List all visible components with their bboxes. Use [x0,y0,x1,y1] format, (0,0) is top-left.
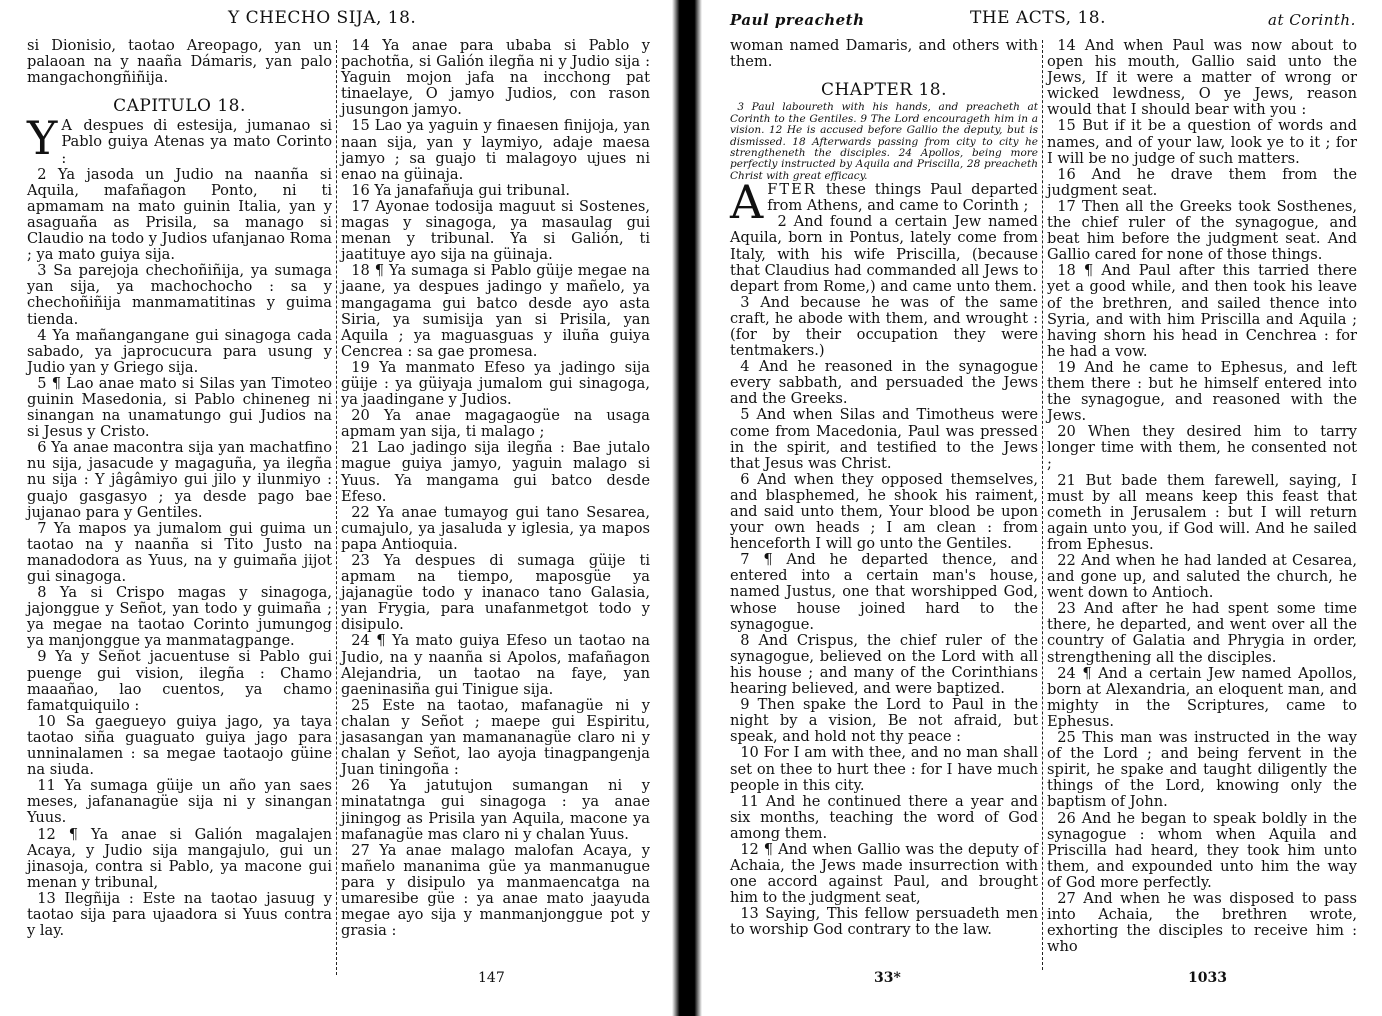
verse: 7 ¶ And he departed thence, and entered … [730,552,1038,632]
verse: 22 Ya anae tumayog gui tano Sesarea, cum… [341,505,650,553]
running-head-right: at Corinth. [1268,11,1356,29]
verse: 8 And Crispus, the chief ruler of the sy… [730,633,1038,697]
page-number: 1033 [1188,970,1227,986]
verse: 13 Saying, This fellow persuadeth men to… [730,906,1038,938]
verse: 10 Sa gaegueyo guiya jago, ya taya taota… [27,714,332,778]
verse: 3 Sa parejoja chechoñiñija, ya sumaga ya… [27,263,332,327]
verse: 3 And because he was of the same craft, … [730,295,1038,359]
column-rule [1042,40,1043,970]
verse: 13 Ilegñija : Este na taotao jasuug y ta… [27,891,332,939]
chapter-title: CHAPTER 18. [730,82,1038,98]
running-head: Y CHECHO SIJA, 18. [228,8,416,28]
verse: 12 ¶ Ya anae si Galión magalajen Acaya, … [27,827,332,891]
verse: 24 ¶ Ya mato guiya Efeso un taotao na Ju… [341,633,650,697]
verse: 26 Ya jatutujon sumangan ni y minatatnga… [341,778,650,842]
verse: 6 And when they opposed themselves, and … [730,472,1038,552]
right-page: Paul preacheth THE ACTS, 18. at Corinth.… [700,0,1382,1016]
verse: 26 And he began to speak boldly in the s… [1047,811,1357,891]
verse: 2 And found a certain Jew named Aquila, … [730,214,1038,294]
verse: 8 Ya si Crispo magas y sinagoga, jajongg… [27,585,332,649]
verse: 4 Ya mañanganganе gui sinagoga cada saba… [27,328,332,376]
verse: 6 Ya anae macontra sija yan machatfino n… [27,440,332,520]
verse: 4 And he reasoned in the synagogue every… [730,359,1038,407]
verse: 18 ¶ And Paul after this tarried there y… [1047,263,1357,360]
verse: 11 And he continued there a year and six… [730,794,1038,842]
verse: 9 Then spake the Lord to Paul in the nig… [730,697,1038,745]
running-head-center: THE ACTS, 18. [970,8,1106,28]
verse: 25 Este na taotao, mafanagüe ni y chalan… [341,698,650,778]
verse-1: YA despues di estesija, jumanao si Pablo… [27,118,332,166]
verse: 22 And when he had landed at Cesarea, an… [1047,553,1357,601]
verse: 15 Lao ya yaguin y finaesen finijoja, ya… [341,118,650,182]
verse: 17 Ayonae todosija maguut si Sostenes, m… [341,199,650,263]
verse: 27 Ya anae malago malofan Acaya, y mañel… [341,843,650,940]
verse: 17 Then all the Greeks took Sosthenes, t… [1047,199,1357,263]
verse: 16 And he drave them from the judgment s… [1047,167,1357,199]
verse: 9 Ya y Señot jacuentuse si Pablo gui pue… [27,649,332,713]
verse: 18 ¶ Ya sumaga si Pablo güije megae na j… [341,263,650,360]
signature-mark: 33* [874,970,901,986]
verse: 14 Ya anae para ubaba si Pablo y pachotñ… [341,38,650,118]
verse: 21 Lao jadingo sija ilegña : Bae jutalo … [341,440,650,504]
verse: 5 ¶ Lao anae mato si Silas yan Timoteo g… [27,376,332,440]
verse: 23 And after he had spent some time ther… [1047,601,1357,665]
verse: 15 But if it be a question of words and … [1047,118,1357,166]
drop-cap: Y [27,120,57,156]
verse: 27 And when he was disposed to pass into… [1047,891,1357,955]
page-number: 147 [478,970,505,986]
left-column-2: 14 Ya anae para ubaba si Pablo y pachotñ… [341,38,650,939]
column-rule [336,40,337,975]
verse: 19 And he came to Ephesus, and left them… [1047,360,1357,424]
verse: 25 This man was instructed in the way of… [1047,730,1357,810]
verse: 14 And when Paul was now about to open h… [1047,38,1357,118]
verse-1: AFTER these things Paul departed from At… [730,182,1038,214]
verse: 21 But bade them farewell, saying, I mus… [1047,473,1357,553]
verse: 5 And when Silas and Timotheus were come… [730,407,1038,471]
verse: 20 Ya anae magagaogüe na usaga apmam yan… [341,408,650,440]
verse: 19 Ya manmato Efeso ya jadingo sija güij… [341,360,650,408]
right-column-2: 14 And when Paul was now about to open h… [1047,38,1357,955]
right-column-1: woman named Damaris, and others with the… [730,38,1038,939]
chapter-summary: 3 Paul laboureth with his hands, and pre… [730,102,1038,182]
left-column-1: si Dionisio, taotao Areopago, yan un pal… [27,38,332,939]
verse: 11 Ya sumaga güije un año yan saes meses… [27,778,332,826]
book-gutter [672,0,702,1016]
verse: 10 For I am with thee, and no man shall … [730,745,1038,793]
running-head-left: Paul preacheth [730,11,865,29]
chapter-title: CAPITULO 18. [27,98,332,114]
verse: 24 ¶ And a certain Jew named Apollos, bo… [1047,666,1357,730]
verse: 7 Ya mapos ya jumalom gui guima un taota… [27,521,332,585]
left-page: Y CHECHO SIJA, 18. si Dionisio, taotao A… [0,0,672,1016]
verse: 12 ¶ And when Gallio was the deputy of A… [730,842,1038,906]
continuation-text: si Dionisio, taotao Areopago, yan un pal… [27,38,332,86]
continuation-text: woman named Damaris, and others with the… [730,38,1038,70]
verse: 2 Ya jasoda un Judio na naanña si Aquila… [27,167,332,264]
verse: 16 Ya janafañuja gui tribunal. [341,183,650,199]
verse: 20 When they desired him to tarry longer… [1047,424,1357,472]
verse: 23 Ya despues di sumaga güije ti apmam n… [341,553,650,633]
drop-cap: A [730,184,763,220]
